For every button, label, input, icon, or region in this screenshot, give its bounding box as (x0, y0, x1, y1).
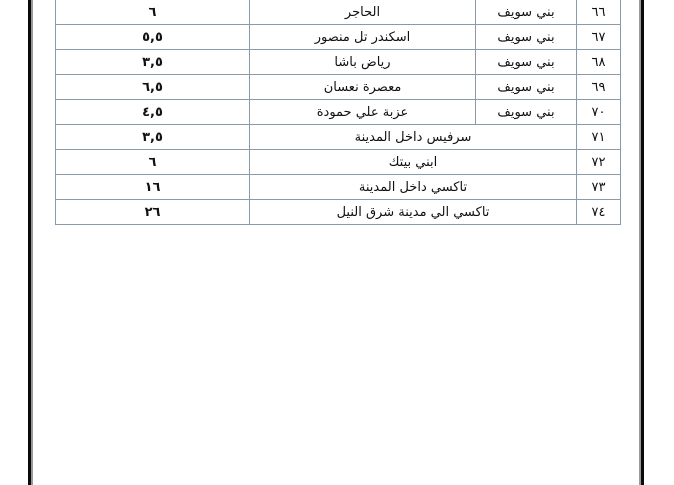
fare-cell: ٣,٥ (56, 50, 250, 75)
city-cell: بني سويف (476, 0, 577, 25)
route-name-cell: اسكندر تل منصور (250, 25, 476, 50)
city-cell: بني سويف (476, 75, 577, 100)
fares-table: ٦٦ بني سويف الحاجر ٦ ٦٧ بني سويف اسكندر … (55, 0, 621, 225)
city-cell: بني سويف (476, 100, 577, 125)
row-number: ٧٢ (577, 150, 621, 175)
table-row: ٦٨ بني سويف رياض باشا ٣,٥ (56, 50, 621, 75)
fare-cell: ٦ (56, 150, 250, 175)
route-name-cell: الحاجر (250, 0, 476, 25)
page-border-left (28, 0, 31, 485)
document-page: ٦٦ بني سويف الحاجر ٦ ٦٧ بني سويف اسكندر … (0, 0, 674, 485)
route-name-cell: تاكسي داخل المدينة (250, 175, 577, 200)
row-number: ٧٠ (577, 100, 621, 125)
route-name-cell: رياض باشا (250, 50, 476, 75)
table-row: ٧١ سرفيس داخل المدينة ٣,٥ (56, 125, 621, 150)
fare-cell: ٦,٥ (56, 75, 250, 100)
table-row: ٦٧ بني سويف اسكندر تل منصور ٥,٥ (56, 25, 621, 50)
row-number: ٦٧ (577, 25, 621, 50)
fare-cell: ٤,٥ (56, 100, 250, 125)
route-name-cell: عزبة علي حمودة (250, 100, 476, 125)
row-number: ٦٨ (577, 50, 621, 75)
row-number: ٦٦ (577, 0, 621, 25)
city-cell: بني سويف (476, 50, 577, 75)
table-row: ٦٩ بني سويف معصرة نعسان ٦,٥ (56, 75, 621, 100)
fare-cell: ٥,٥ (56, 25, 250, 50)
table-row: ٧٣ تاكسي داخل المدينة ١٦ (56, 175, 621, 200)
row-number: ٧٣ (577, 175, 621, 200)
city-cell: بني سويف (476, 25, 577, 50)
route-name-cell: سرفيس داخل المدينة (250, 125, 577, 150)
route-name-cell: ابني بيتك (250, 150, 577, 175)
row-number: ٧٤ (577, 200, 621, 225)
fare-cell: ٣,٥ (56, 125, 250, 150)
fare-cell: ١٦ (56, 175, 250, 200)
route-name-cell: معصرة نعسان (250, 75, 476, 100)
route-name-cell: تاكسي الي مدينة شرق النيل (250, 200, 577, 225)
table-row: ٦٦ بني سويف الحاجر ٦ (56, 0, 621, 25)
fare-cell: ٦ (56, 0, 250, 25)
table-row: ٧٤ تاكسي الي مدينة شرق النيل ٢٦ (56, 200, 621, 225)
table-row: ٧٢ ابني بيتك ٦ (56, 150, 621, 175)
table-row: ٧٠ بني سويف عزبة علي حمودة ٤,٥ (56, 100, 621, 125)
row-number: ٧١ (577, 125, 621, 150)
page-border-right (641, 0, 644, 485)
row-number: ٦٩ (577, 75, 621, 100)
fare-cell: ٢٦ (56, 200, 250, 225)
